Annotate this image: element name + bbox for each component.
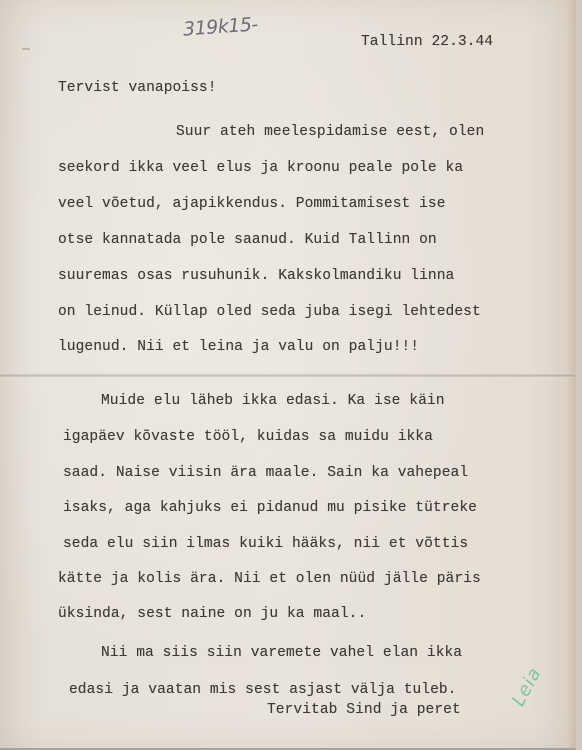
letter-line: lugenud. Nii et leina ja valu on palju!!… bbox=[58, 339, 419, 355]
letter-line: igapäev kõvaste tööl, kuidas sa muidu ik… bbox=[63, 429, 433, 445]
handwritten-signature: Leia bbox=[508, 664, 546, 710]
letter-page: 319k15- Tallinn 22.3.44 Tervist vanapois… bbox=[0, 0, 576, 750]
place-date: Tallinn 22.3.44 bbox=[361, 34, 493, 50]
letter-line: seekord ikka veel elus ja kroonu peale p… bbox=[58, 160, 463, 176]
letter-line: seda elu siin ilmas kuiki hääks, nii et … bbox=[63, 536, 468, 552]
letter-line: üksinda, sest naine on ju ka maal.. bbox=[58, 606, 366, 622]
closing: Tervitab Sind ja peret bbox=[267, 702, 461, 718]
letter-line: Nii ma siis siin varemete vahel elan ikk… bbox=[101, 645, 462, 661]
letter-line: edasi ja vaatan mis sest asjast välja tu… bbox=[69, 682, 457, 698]
letter-line: on leinud. Küllap oled seda juba isegi l… bbox=[58, 304, 481, 320]
letter-line: otse kannatada pole saanud. Kuid Tallinn… bbox=[58, 232, 437, 248]
letter-line: Muide elu läheb ikka edasi. Ka ise käin bbox=[101, 393, 445, 409]
letter-line: isaks, aga kahjuks ei pidanud mu pisike … bbox=[63, 500, 477, 516]
paper-fold-crease bbox=[0, 373, 575, 378]
greeting: Tervist vanapoiss! bbox=[58, 80, 217, 96]
letter-line: suuremas osas rusuhunik. Kakskolmandiku … bbox=[58, 268, 454, 284]
letter-line: veel võetud, ajapikkendus. Pommitamisest… bbox=[58, 196, 446, 212]
paper-mark bbox=[22, 48, 30, 50]
letter-line: Suur ateh meelespidamise eest, olen bbox=[176, 124, 484, 140]
letter-line: saad. Naise viisin ära maale. Sain ka va… bbox=[63, 465, 468, 481]
letter-line: kätte ja kolis ära. Nii et olen nüüd jäl… bbox=[58, 571, 481, 587]
handwritten-reference-number: 319k15- bbox=[182, 13, 258, 40]
